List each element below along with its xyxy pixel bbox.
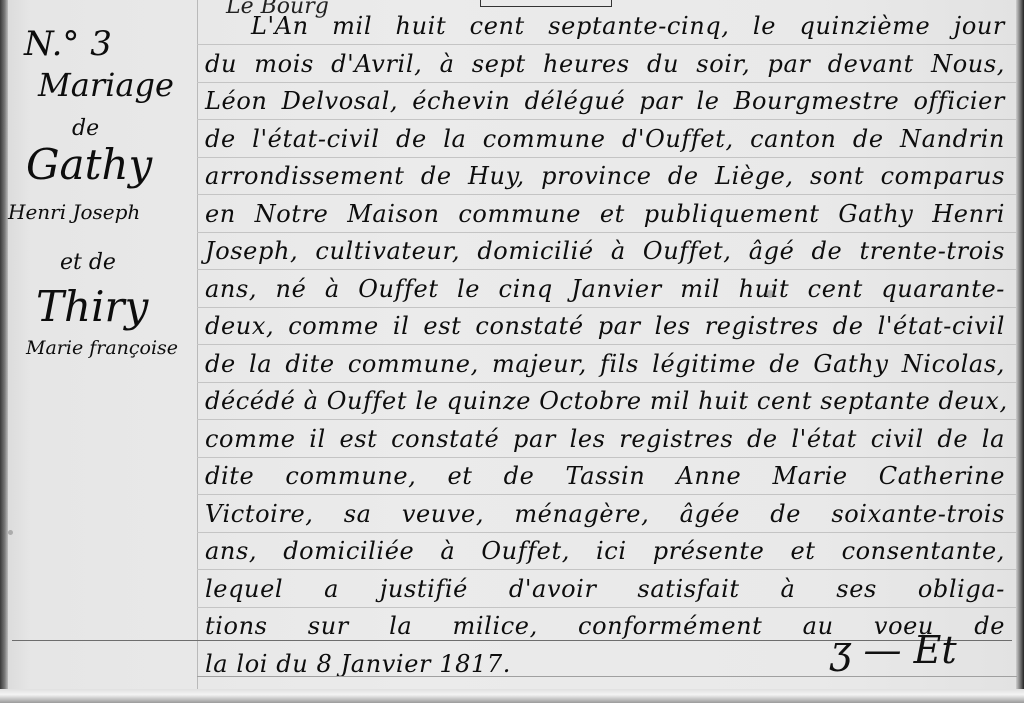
header-box (480, 0, 612, 7)
margin-et-de: et de (60, 250, 116, 275)
margin-rule (197, 0, 198, 703)
body-line: deux, comme il est constaté par les regi… (205, 308, 1005, 346)
bride-given-names: Marie françoise (26, 337, 178, 359)
body-line: Joseph, cultivateur, domicilié à Ouffet,… (205, 233, 1005, 271)
bride-surname: Thiry (36, 282, 148, 331)
body-line: ans, né à Ouffet le cinq Janvier mil hui… (205, 271, 1005, 309)
body-line: Léon Delvosal, échevin délégué par le Bo… (205, 83, 1005, 121)
body-line: lequel a justifié d'avoir satisfait à se… (205, 571, 1005, 609)
body-line: ans, domiciliée à Ouffet, ici présente e… (205, 533, 1005, 571)
body-line: Victoire, sa veuve, ménagère, âgée de so… (205, 496, 1005, 534)
record-number: N.° 3 (24, 24, 112, 64)
bottom-ruled-line (197, 676, 1017, 677)
groom-surname: Gathy (26, 140, 152, 189)
paraph-signature: ʒ — Et (830, 628, 957, 672)
record-type: Mariage (38, 66, 174, 104)
margin-de: de (72, 116, 99, 141)
document-scan: Le Bourg N.° 3 Mariage de Gathy Henri Jo… (0, 0, 1024, 703)
body-line: décédé à Ouffet le quinze Octobre mil hu… (205, 383, 1005, 421)
body-line: comme il est constaté par les registres … (205, 421, 1005, 459)
groom-given-names: Henri Joseph (8, 200, 140, 224)
record-body: L'An mil huit cent septante-cinq, le qui… (205, 8, 1005, 683)
body-line: arrondissement de Huy, province de Liège… (205, 158, 1005, 196)
body-line: de l'état-civil de la commune d'Ouffet, … (205, 121, 1005, 159)
page-bottom-edge (0, 689, 1024, 703)
body-line: dite commune, et de Tassin Anne Marie Ca… (205, 458, 1005, 496)
body-line: L'An mil huit cent septante-cinq, le qui… (205, 8, 1005, 46)
ink-smudge (766, 290, 774, 298)
body-line: de la dite commune, majeur, fils légitim… (205, 346, 1005, 384)
body-line: en Notre Maison commune et publiquement … (205, 196, 1005, 234)
margin-column: N.° 3 Mariage de Gathy Henri Joseph et d… (0, 0, 197, 703)
ink-smudge (8, 530, 13, 535)
body-line: du mois d'Avril, à sept heures du soir, … (205, 46, 1005, 84)
page-right-edge (1016, 0, 1024, 703)
